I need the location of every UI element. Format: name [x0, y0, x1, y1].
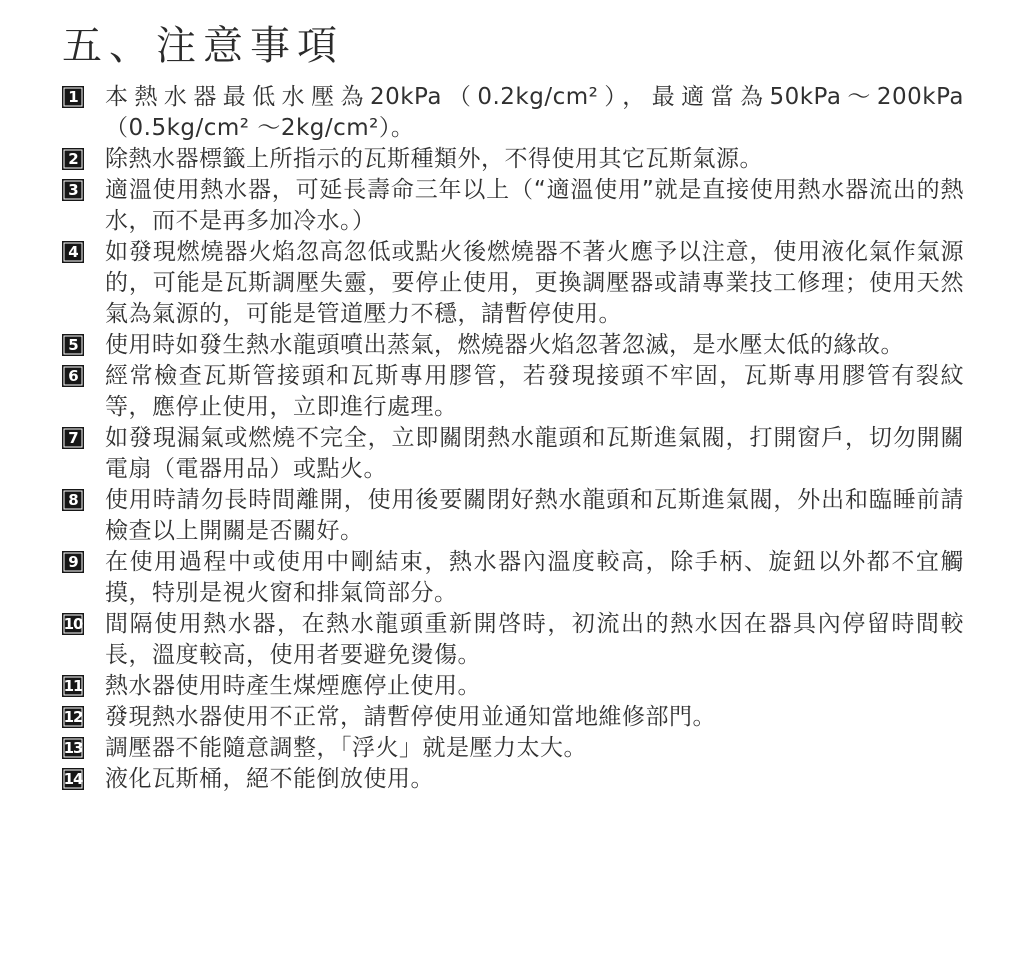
item-text: 液化瓦斯桶，絕不能倒放使用。 — [105, 764, 964, 795]
list-item: 14液化瓦斯桶，絕不能倒放使用。 — [62, 764, 964, 795]
item-number-badge: 9 — [62, 551, 84, 573]
item-number-badge: 13 — [62, 737, 84, 759]
list-item: 11熱水器使用時產生煤煙應停止使用。 — [62, 671, 964, 702]
item-number-badge: 11 — [62, 675, 84, 697]
item-number-badge: 14 — [62, 768, 84, 790]
item-text: 發現熱水器使用不正常，請暫停使用並通知當地維修部門。 — [105, 702, 964, 733]
list-item: 9在使用過程中或使用中剛結束，熱水器內溫度較高，除手柄、旋鈕以外都不宜觸摸，特別… — [62, 547, 964, 609]
item-text: 除熱水器標籤上所指示的瓦斯種類外，不得使用其它瓦斯氣源。 — [105, 144, 964, 175]
item-text: 在使用過程中或使用中剛結束，熱水器內溫度較高，除手柄、旋鈕以外都不宜觸摸，特別是… — [105, 547, 964, 609]
item-number-badge: 4 — [62, 241, 84, 263]
item-number-badge: 8 — [62, 489, 84, 511]
item-text: 如發現燃燒器火焰忽高忽低或點火後燃燒器不著火應予以注意，使用液化氣作氣源的，可能… — [105, 237, 964, 330]
item-number-badge: 5 — [62, 334, 84, 356]
item-text: 熱水器使用時產生煤煙應停止使用。 — [105, 671, 964, 702]
list-item: 7如發現漏氣或燃燒不完全，立即關閉熱水龍頭和瓦斯進氣閥，打開窗戶，切勿開關電扇（… — [62, 423, 964, 485]
item-text: 適溫使用熱水器，可延長壽命三年以上（“適溫使用”就是直接使用熱水器流出的熱水，而… — [105, 175, 964, 237]
list-item: 5使用時如發生熱水龍頭噴出蒸氣，燃燒器火焰忽著忽滅，是水壓太低的緣故。 — [62, 330, 964, 361]
list-item: 6經常檢查瓦斯管接頭和瓦斯專用膠管，若發現接頭不牢固，瓦斯專用膠管有裂紋等，應停… — [62, 361, 964, 423]
item-number-badge: 3 — [62, 179, 84, 201]
list-item: 10間隔使用熱水器，在熱水龍頭重新開啓時，初流出的熱水因在器具內停留時間較長，溫… — [62, 609, 964, 671]
page-title: 五、注意事項 — [62, 22, 964, 70]
item-text: 如發現漏氣或燃燒不完全，立即關閉熱水龍頭和瓦斯進氣閥，打開窗戶，切勿開關電扇（電… — [105, 423, 964, 485]
item-number-badge: 12 — [62, 706, 84, 728]
manual-page: 五、注意事項 1本熱水器最低水壓為20kPa（0.2kg/cm²），最適當為50… — [0, 0, 1024, 967]
item-text: 使用時請勿長時間離開，使用後要關閉好熱水龍頭和瓦斯進氣閥，外出和臨睡前請檢查以上… — [105, 485, 964, 547]
list-item: 2除熱水器標籤上所指示的瓦斯種類外，不得使用其它瓦斯氣源。 — [62, 144, 964, 175]
item-number-badge: 2 — [62, 148, 84, 170]
list-item: 8使用時請勿長時間離開，使用後要關閉好熱水龍頭和瓦斯進氣閥，外出和臨睡前請檢查以… — [62, 485, 964, 547]
item-number-badge: 1 — [62, 86, 84, 108]
item-text: 使用時如發生熱水龍頭噴出蒸氣，燃燒器火焰忽著忽滅，是水壓太低的緣故。 — [105, 330, 964, 361]
list-item: 3適溫使用熱水器，可延長壽命三年以上（“適溫使用”就是直接使用熱水器流出的熱水，… — [62, 175, 964, 237]
list-item: 12發現熱水器使用不正常，請暫停使用並通知當地維修部門。 — [62, 702, 964, 733]
list-item: 13調壓器不能隨意調整，「浮火」就是壓力太大。 — [62, 733, 964, 764]
item-number-badge: 6 — [62, 365, 84, 387]
item-text: 本熱水器最低水壓為20kPa（0.2kg/cm²），最適當為50kPa～200k… — [105, 82, 964, 144]
item-number-badge: 7 — [62, 427, 84, 449]
notice-list: 1本熱水器最低水壓為20kPa（0.2kg/cm²），最適當為50kPa～200… — [62, 82, 964, 795]
item-text: 間隔使用熱水器，在熱水龍頭重新開啓時，初流出的熱水因在器具內停留時間較長，溫度較… — [105, 609, 964, 671]
item-number-badge: 10 — [62, 613, 84, 635]
list-item: 1本熱水器最低水壓為20kPa（0.2kg/cm²），最適當為50kPa～200… — [62, 82, 964, 144]
list-item: 4如發現燃燒器火焰忽高忽低或點火後燃燒器不著火應予以注意，使用液化氣作氣源的，可… — [62, 237, 964, 330]
item-text: 經常檢查瓦斯管接頭和瓦斯專用膠管，若發現接頭不牢固，瓦斯專用膠管有裂紋等，應停止… — [105, 361, 964, 423]
item-text: 調壓器不能隨意調整，「浮火」就是壓力太大。 — [105, 733, 964, 764]
